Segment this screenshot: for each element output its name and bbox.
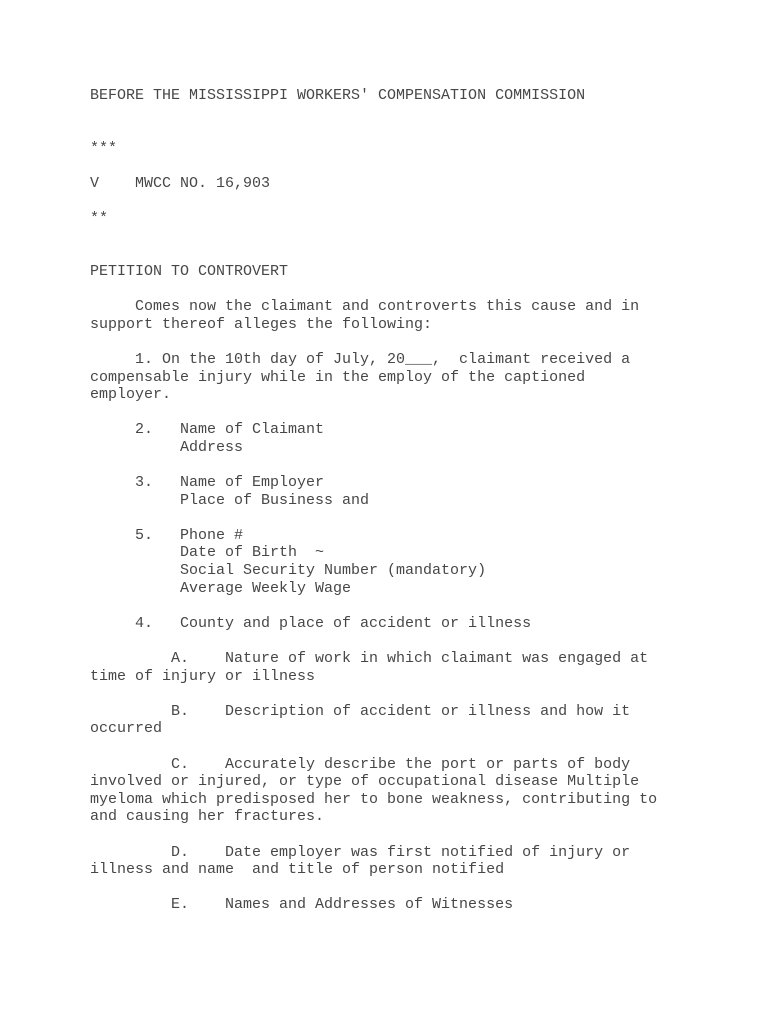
item-e-witnesses: E. Names and Addresses of Witnesses (90, 896, 730, 914)
document-title: PETITION TO CONTROVERT (90, 263, 730, 281)
item-5-phone-dob-ssn: 5. Phone # Date of Birth ~ Social Securi… (90, 527, 730, 597)
item-1-injury-date: 1. On the 10th day of July, 20___, claim… (90, 351, 730, 404)
court-header: BEFORE THE MISSISSIPPI WORKERS' COMPENSA… (90, 87, 730, 105)
asterisks-bottom: ** (90, 210, 730, 228)
item-c-body-parts: C. Accurately describe the port or parts… (90, 756, 730, 826)
petition-document: BEFORE THE MISSISSIPPI WORKERS' COMPENSA… (90, 87, 730, 914)
case-number-line: V MWCC NO. 16,903 (90, 175, 730, 193)
item-d-notification: D. Date employer was first notified of i… (90, 844, 730, 879)
item-b-description: B. Description of accident or illness an… (90, 703, 730, 738)
item-a-nature-of-work: A. Nature of work in which claimant was … (90, 650, 730, 685)
asterisks-top: *** (90, 140, 730, 158)
opening-paragraph: Comes now the claimant and controverts t… (90, 298, 730, 333)
item-2-claimant: 2. Name of Claimant Address (90, 421, 730, 456)
document-page: BEFORE THE MISSISSIPPI WORKERS' COMPENSA… (0, 0, 770, 1024)
item-3-employer: 3. Name of Employer Place of Business an… (90, 474, 730, 509)
item-4-county-place: 4. County and place of accident or illne… (90, 615, 730, 633)
